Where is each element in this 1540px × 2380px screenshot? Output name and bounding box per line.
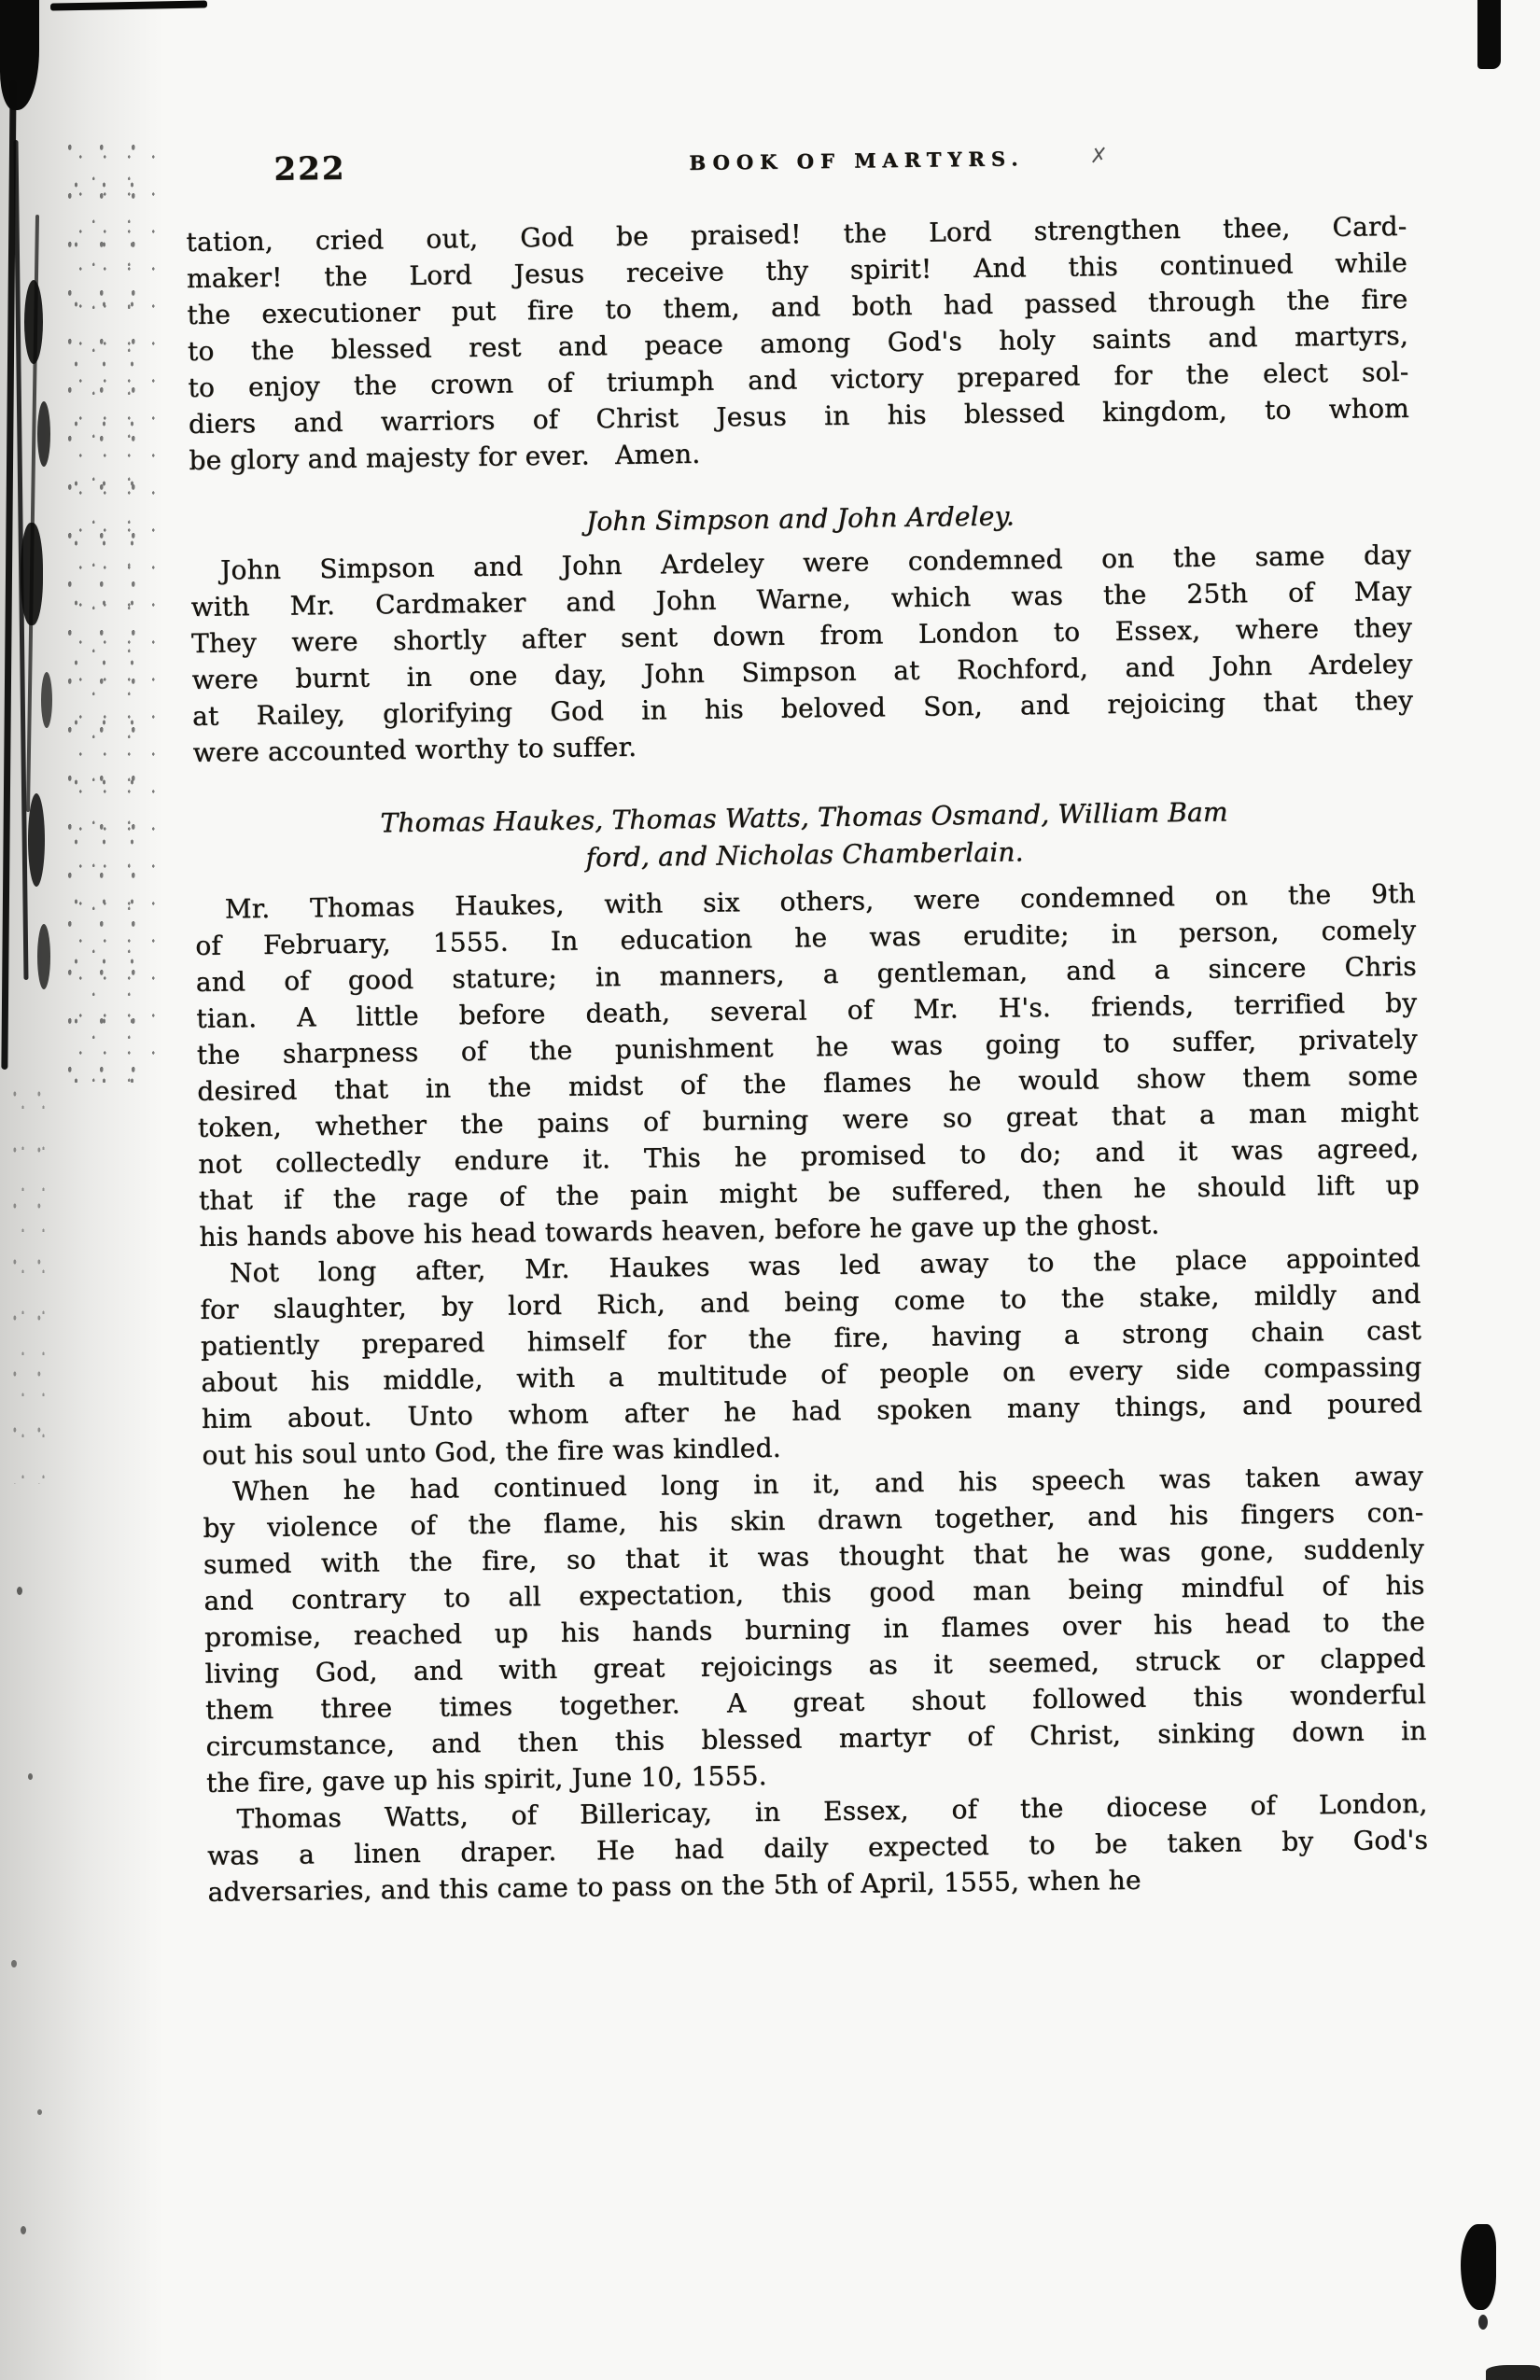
ink-dot-5 [21, 2226, 26, 2234]
speckle-band [63, 140, 159, 1083]
running-head: BOOK OF MARTYRS. [689, 147, 1025, 175]
ink-blob-2 [37, 401, 50, 467]
ink-dot-1 [17, 1587, 22, 1595]
section-heading-simpson-ardeley: John Simpson and John Ardeley. [189, 493, 1410, 546]
ink-blob-1 [24, 280, 43, 364]
paragraph-cardmaker-continuation: tation, cried out, God be praised! the L… [186, 208, 1409, 479]
ink-dot-2 [28, 1773, 33, 1780]
body-text: tation, cried out, God be praised! the L… [186, 208, 1429, 1911]
ink-blob-4 [41, 672, 52, 728]
ink-blob-5 [28, 793, 45, 887]
paragraph-haukes-condemned: Mr. Thomas Haukes, with six others, were… [195, 875, 1421, 1255]
print-area: 222 BOOK OF MARTYRS. tation, cried out, … [185, 119, 1430, 1983]
ink-blotch-bottom-right [1461, 2224, 1496, 2310]
scanned-book-page: 222 BOOK OF MARTYRS. tation, cried out, … [0, 0, 1540, 2380]
paragraph-haukes-death: When he had continued long in it, and hi… [203, 1458, 1427, 1801]
ink-blob-3 [21, 523, 43, 625]
paragraph-thomas-watts: Thomas Watts, of Billericay, in Essex, o… [206, 1785, 1428, 1911]
paragraph-simpson-ardeley: John Simpson and John Ardeley were conde… [190, 537, 1414, 771]
speckle-band-lower [7, 1083, 52, 1484]
page-number: 222 [273, 150, 346, 189]
ink-dot-3 [11, 1960, 17, 1967]
ink-blob-6 [37, 924, 50, 989]
ink-speck-bottom-right [1478, 2315, 1488, 2330]
page-edge-line [1503, 0, 1505, 2380]
paragraph-haukes-stake: Not long after, Mr. Haukes was led away … [200, 1239, 1423, 1474]
ink-bar-top-right [1477, 0, 1501, 69]
ink-dot-4 [37, 2109, 42, 2115]
ink-mark-bottom-edge [1486, 2365, 1540, 2380]
